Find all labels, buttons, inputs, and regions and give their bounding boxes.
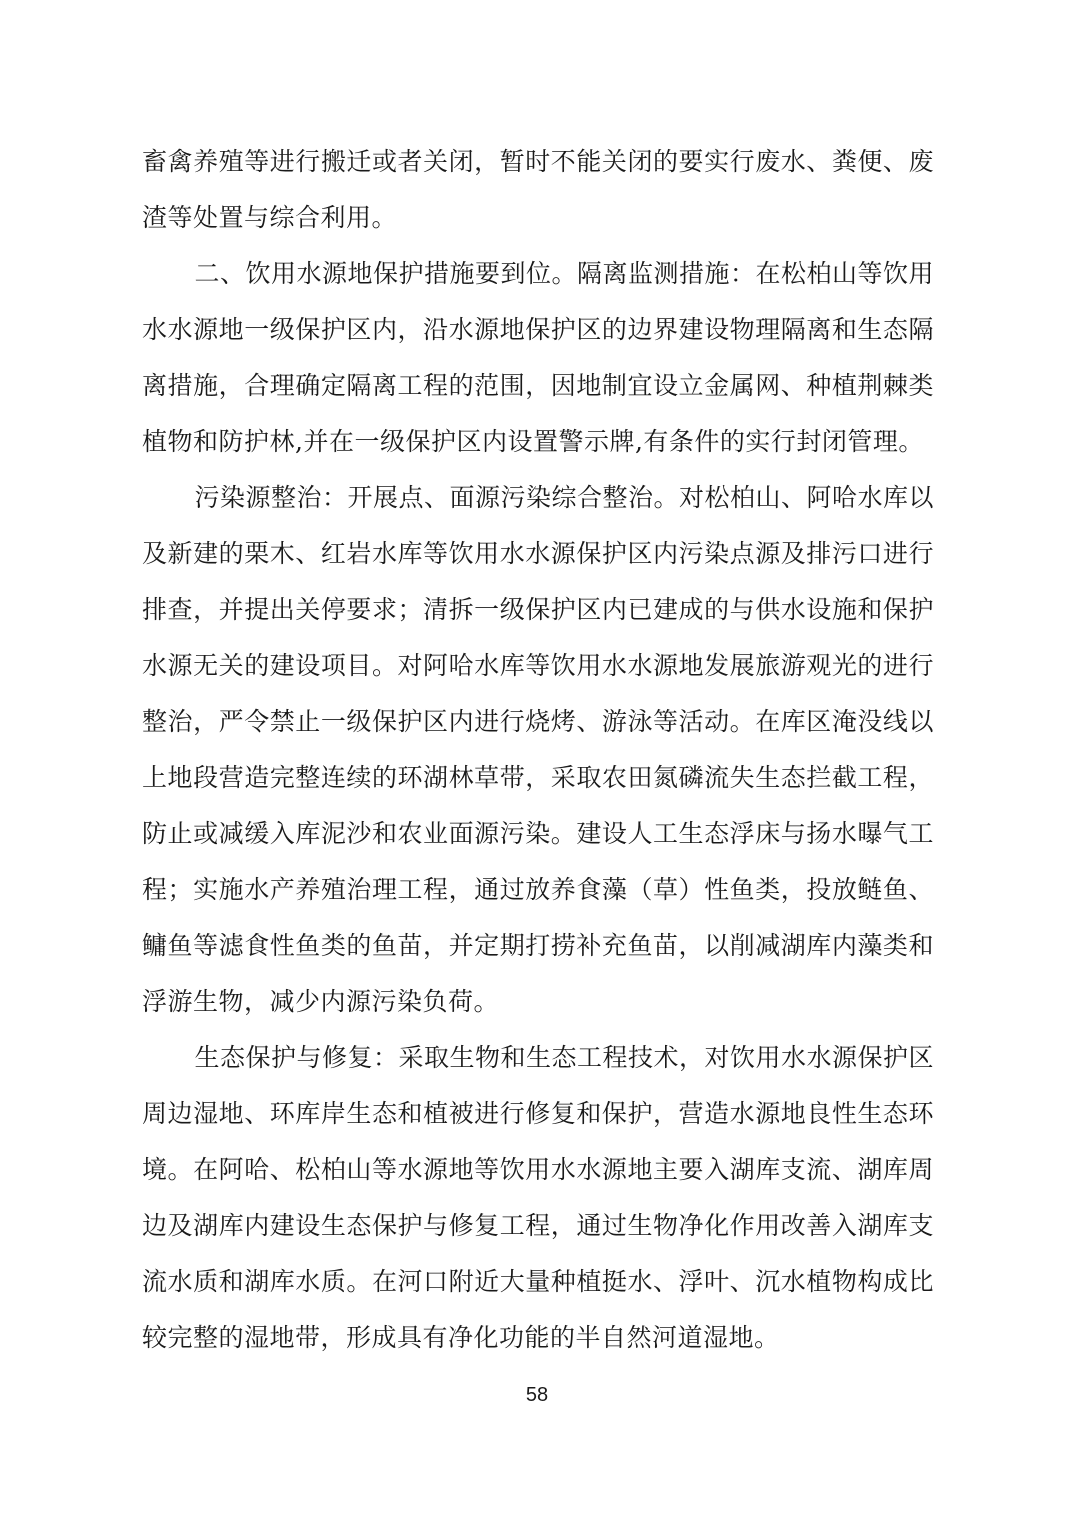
- text-line: 植物和防护林,并在一级保护区内设置警示牌,有条件的实行封闭管理。: [142, 414, 934, 470]
- text-line: 周边湿地、环库岸生态和植被进行修复和保护，营造水源地良性生态环: [142, 1086, 934, 1142]
- text-block: 畜禽养殖等进行搬迁或者关闭，暂时不能关闭的要实行废水、粪便、废渣等处置与综合利用…: [142, 134, 934, 1366]
- page-number: 58: [0, 1384, 1074, 1407]
- document-page: 畜禽养殖等进行搬迁或者关闭，暂时不能关闭的要实行废水、粪便、废渣等处置与综合利用…: [0, 0, 1074, 1520]
- text-line: 程；实施水产养殖治理工程，通过放养食藻（草）性鱼类，投放鲢鱼、: [142, 862, 934, 918]
- text-line: 浮游生物，减少内源污染负荷。: [142, 974, 934, 1030]
- text-line: 鳙鱼等滤食性鱼类的鱼苗，并定期打捞补充鱼苗，以削减湖库内藻类和: [142, 918, 934, 974]
- text-line: 较完整的湿地带，形成具有净化功能的半自然河道湿地。: [142, 1310, 934, 1366]
- text-line: 生态保护与修复：采取生物和生态工程技术，对饮用水水源保护区: [142, 1030, 934, 1086]
- text-line: 防止或减缓入库泥沙和农业面源污染。建设人工生态浮床与扬水曝气工: [142, 806, 934, 862]
- text-line: 水水源地一级保护区内，沿水源地保护区的边界建设物理隔离和生态隔: [142, 302, 934, 358]
- text-line: 流水质和湖库水质。在河口附近大量种植挺水、浮叶、沉水植物构成比: [142, 1254, 934, 1310]
- text-line: 水源无关的建设项目。对阿哈水库等饮用水水源地发展旅游观光的进行: [142, 638, 934, 694]
- text-line: 上地段营造完整连续的环湖林草带，采取农田氮磷流失生态拦截工程，: [142, 750, 934, 806]
- text-line: 污染源整治：开展点、面源污染综合整治。对松柏山、阿哈水库以: [142, 470, 934, 526]
- text-line: 境。在阿哈、松柏山等水源地等饮用水水源地主要入湖库支流、湖库周: [142, 1142, 934, 1198]
- text-line: 二、饮用水源地保护措施要到位。隔离监测措施：在松柏山等饮用: [142, 246, 934, 302]
- text-line: 整治，严令禁止一级保护区内进行烧烤、游泳等活动。在库区淹没线以: [142, 694, 934, 750]
- text-line: 边及湖库内建设生态保护与修复工程，通过生物净化作用改善入湖库支: [142, 1198, 934, 1254]
- text-line: 排查，并提出关停要求；清拆一级保护区内已建成的与供水设施和保护: [142, 582, 934, 638]
- text-line: 渣等处置与综合利用。: [142, 190, 934, 246]
- text-line: 离措施，合理确定隔离工程的范围，因地制宜设立金属网、种植荆棘类: [142, 358, 934, 414]
- text-line: 及新建的栗木、红岩水库等饮用水水源保护区内污染点源及排污口进行: [142, 526, 934, 582]
- text-line: 畜禽养殖等进行搬迁或者关闭，暂时不能关闭的要实行废水、粪便、废: [142, 134, 934, 190]
